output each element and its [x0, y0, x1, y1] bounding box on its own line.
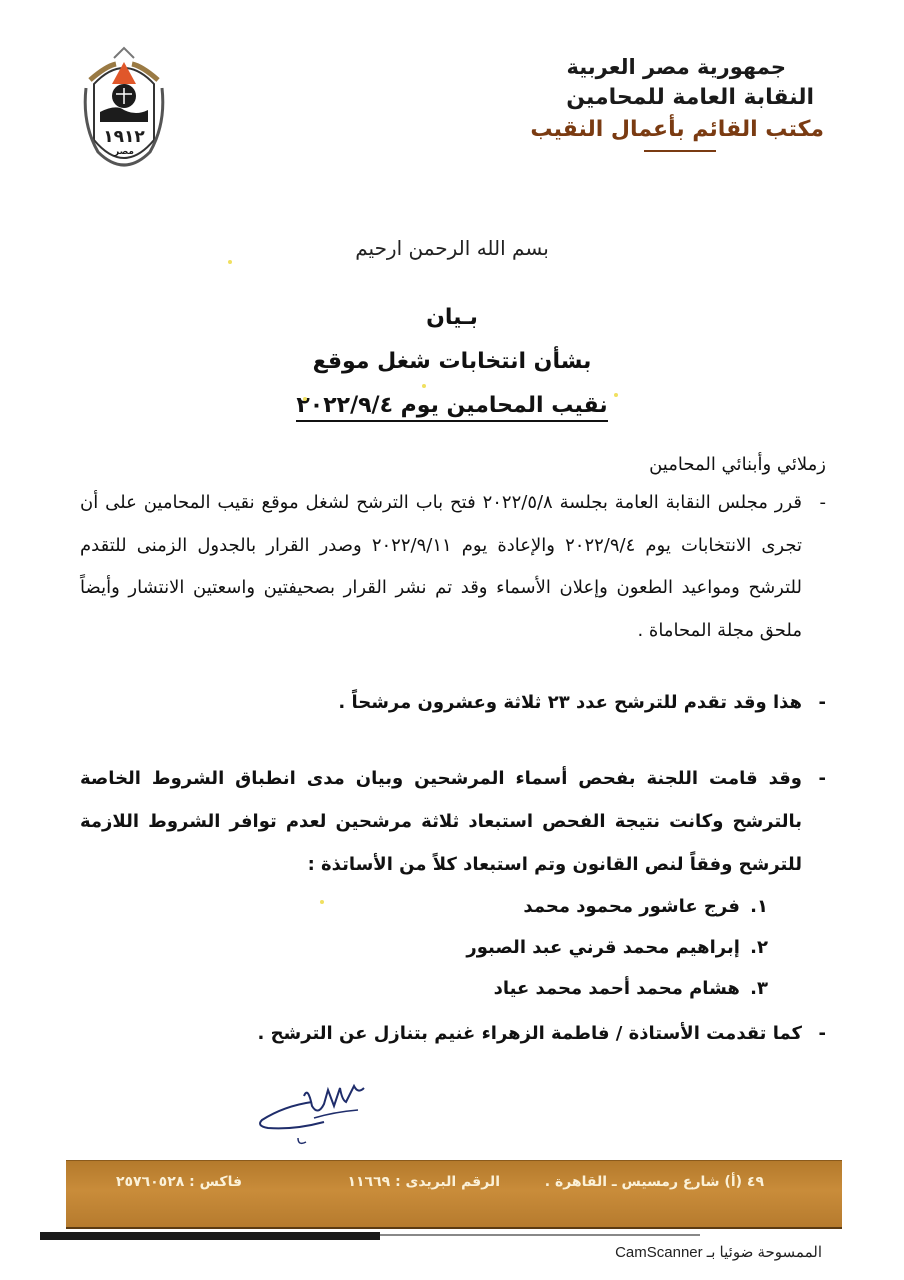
scan-edge-shadow [40, 1232, 380, 1240]
bar-association-emblem-icon: ١٩١٢ مصر [76, 44, 172, 180]
paragraph-withdrawal: - كما تقدمت الأستاذة / فاطمة الزهراء غني… [80, 1013, 826, 1056]
bullet-dash: - [819, 682, 826, 725]
paragraph-committee-review: - وقد قامت اللجنة بفحص أسماء المرشحين وب… [80, 757, 826, 886]
letterhead: جمهورية مصر العربية النقابة العامة للمحا… [514, 52, 814, 152]
bullet-dash: - [819, 1013, 826, 1056]
svg-text:مصر: مصر [113, 147, 134, 157]
bullet-dash: - [819, 757, 826, 800]
scan-speck [614, 393, 618, 397]
handwritten-signature-icon [254, 1076, 384, 1148]
list-item: ٢. إبراهيم محمد قرني عبد الصبور [80, 927, 768, 968]
scan-speck [228, 260, 232, 264]
bullet-dash: - [820, 482, 827, 525]
letterhead-country: جمهورية مصر العربية [514, 52, 786, 82]
camscanner-watermark: الممسوحة ضوئيا بـ CamScanner [615, 1243, 822, 1261]
paragraph-candidates-count: - هذا وقد تقدم للترشح عدد ٢٣ ثلاثة وعشرو… [80, 682, 826, 725]
statement-title: بـيان بشأن انتخابات شغل موقع نقيب المحام… [0, 296, 904, 428]
letterhead-footer: ٤٩ (أ) شارع رمسيس ـ القاهرة . الرقم البر… [66, 1160, 842, 1229]
letterhead-office: مكتب القائم بأعمال النقيب [514, 114, 824, 146]
footer-address: ٤٩ (أ) شارع رمسيس ـ القاهرة . [545, 1174, 764, 1190]
letterhead-syndicate: النقابة العامة للمحامين [514, 82, 814, 114]
document-page: ١٩١٢ مصر جمهورية مصر العربية النقابة الع… [0, 0, 904, 1280]
footer-postal-code: الرقم البريدى : ١١٦٦٩ [347, 1174, 500, 1190]
scan-edge-line [380, 1234, 700, 1236]
title-line-1: بـيان [0, 296, 904, 340]
excluded-candidates-list: ١. فرج عاشور محمود محمد ٢. إبراهيم محمد … [80, 886, 768, 1009]
basmala: بسم الله الرحمن ارحيم [0, 236, 904, 260]
letterhead-divider [644, 150, 716, 152]
scan-speck [422, 384, 426, 388]
scan-speck [303, 397, 307, 401]
svg-text:١٩١٢: ١٩١٢ [103, 127, 145, 147]
paragraph-decision: - قرر مجلس النقابة العامة بجلسة ٢٠٢٢/٥/٨… [80, 482, 826, 652]
list-item: ١. فرج عاشور محمود محمد [80, 886, 768, 927]
title-line-3: نقيب المحامين يوم ٢٠٢٢/٩/٤ [0, 384, 904, 428]
title-line-2: بشأن انتخابات شغل موقع [0, 340, 904, 384]
scan-speck [320, 900, 324, 904]
list-item: ٣. هشام محمد أحمد محمد عياد [80, 968, 768, 1009]
statement-body: زملائي وأبنائي المحامين - قرر مجلس النقا… [80, 450, 826, 1055]
greeting: زملائي وأبنائي المحامين [80, 450, 826, 480]
footer-fax: فاكس : ٢٥٧٦٠٥٢٨ [116, 1174, 242, 1190]
